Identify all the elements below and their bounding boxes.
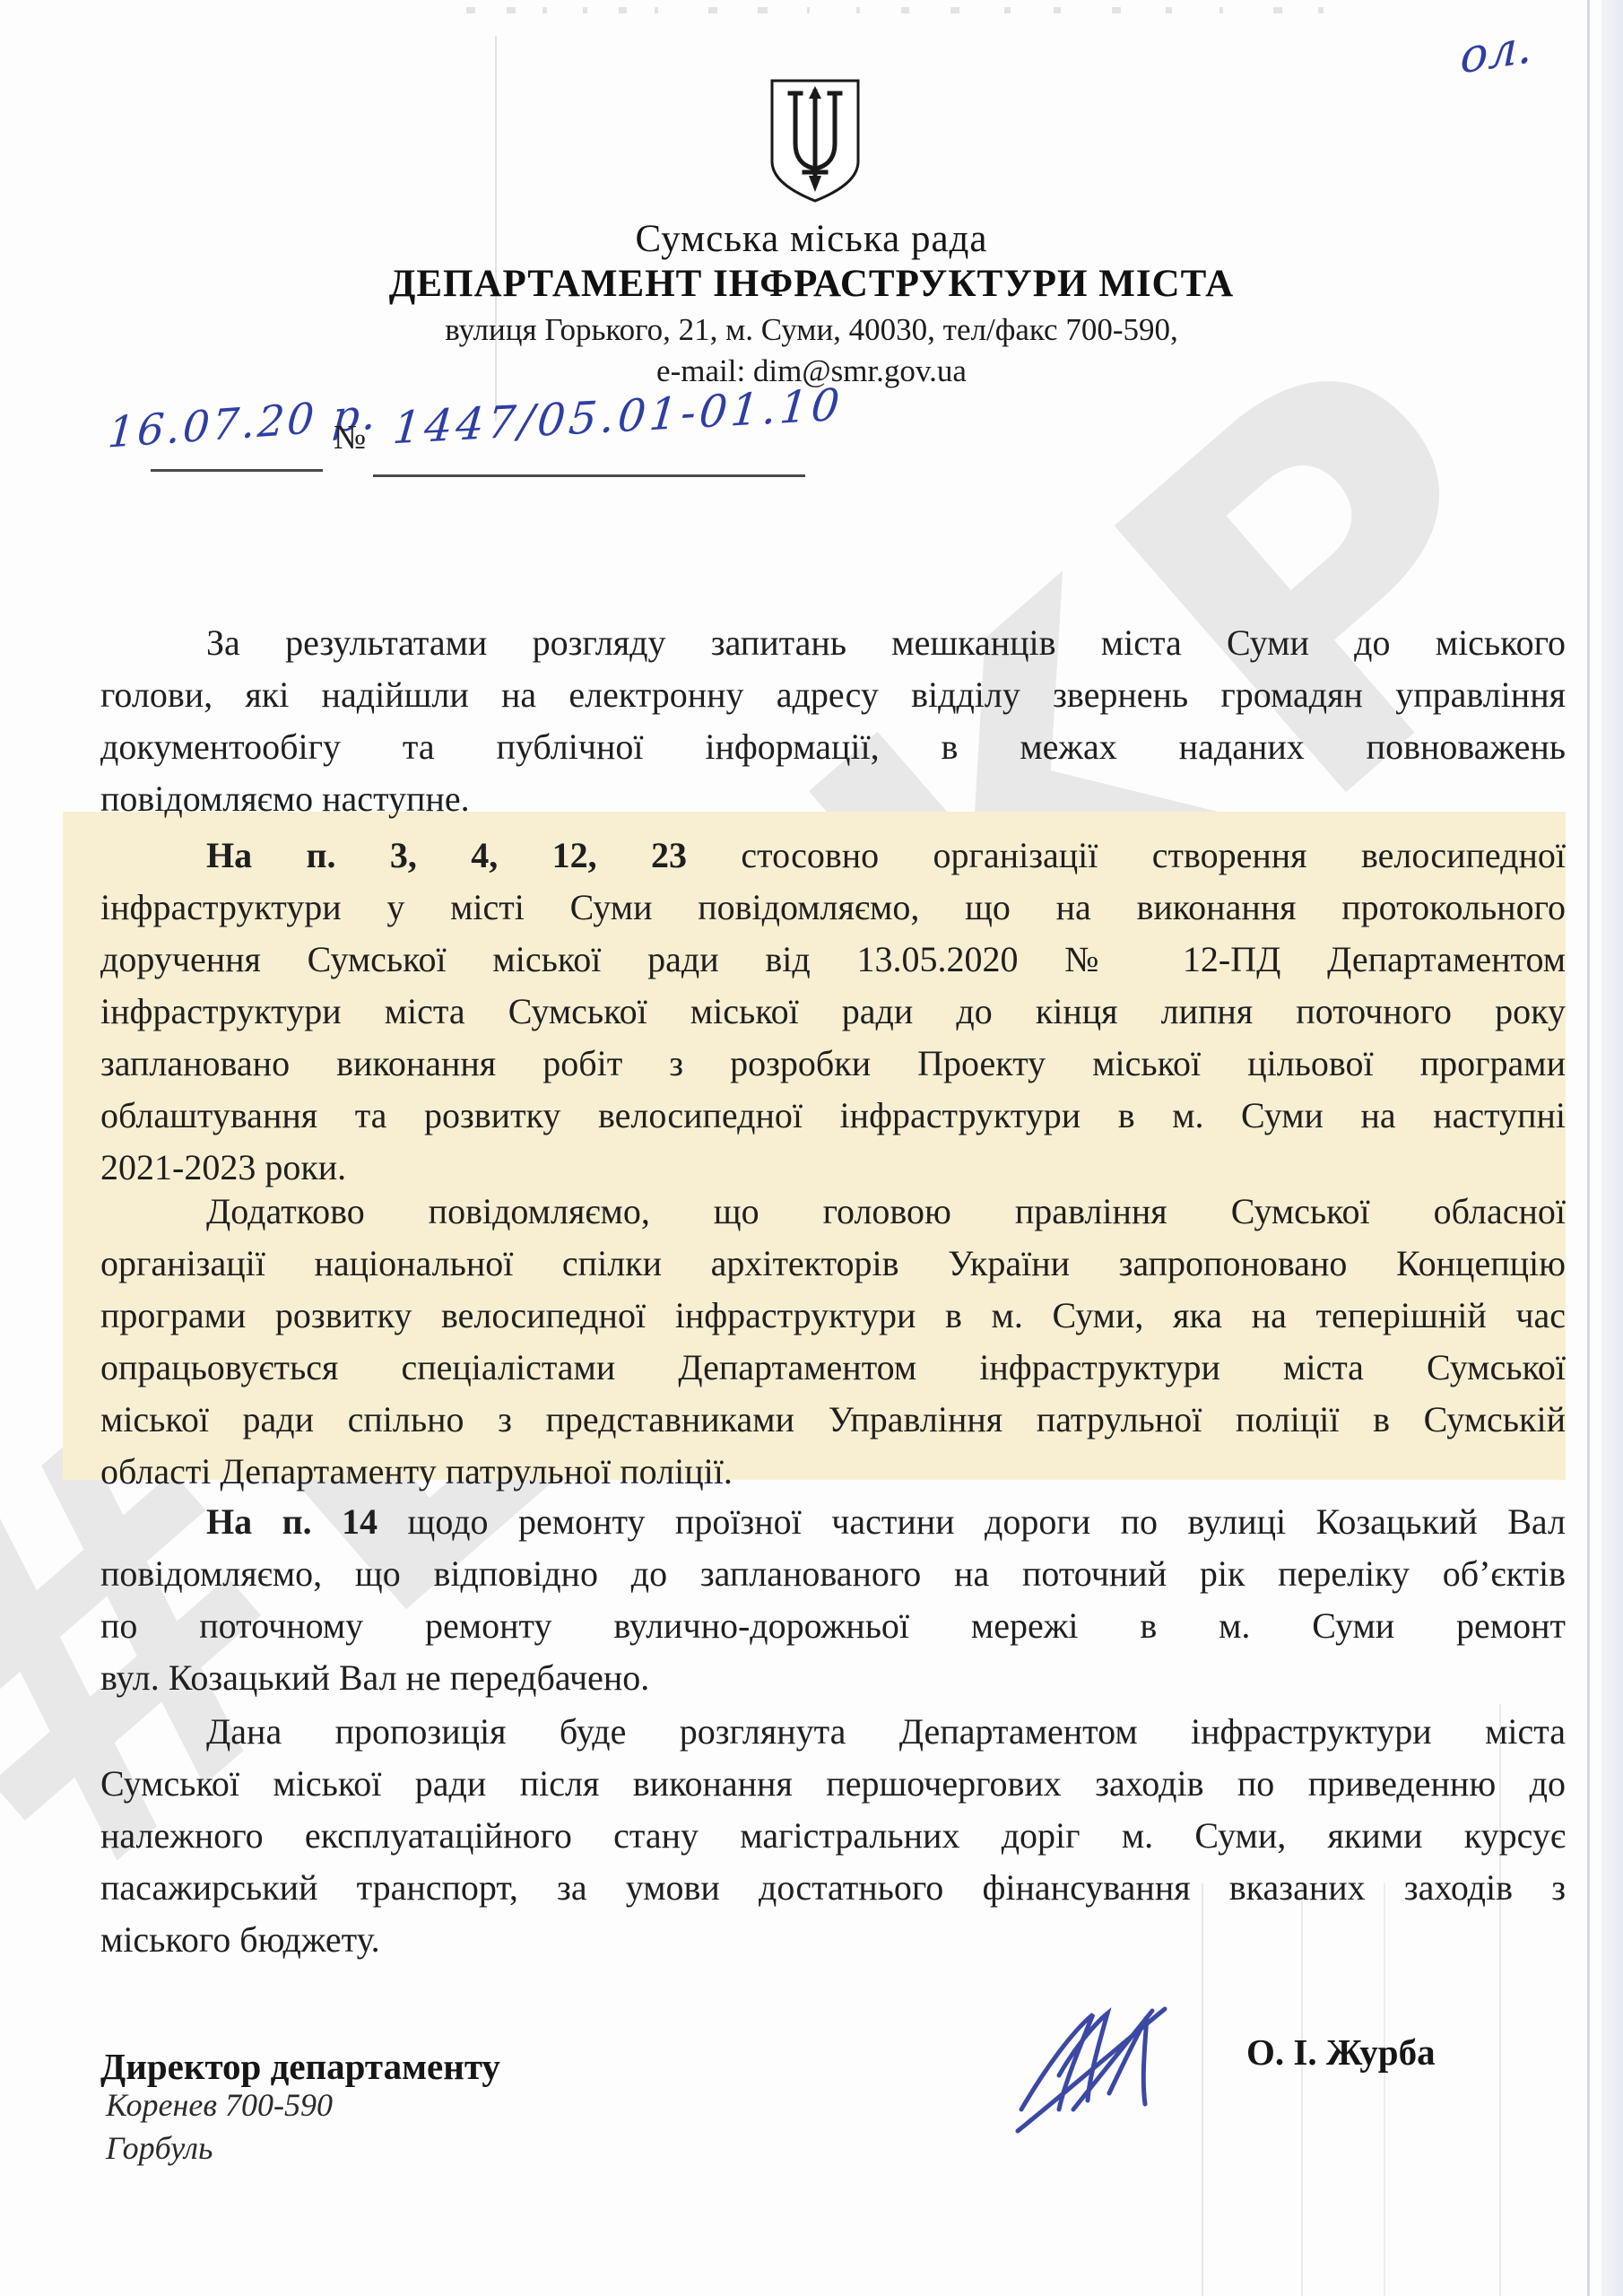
paragraph-line: На п. 3, 4, 12, 23 стосовно організації … xyxy=(100,830,1566,882)
paragraph-line: інфраструктури міста Сумської міської ра… xyxy=(100,986,1566,1038)
handwritten-number: 1447/05.01-01.10 xyxy=(391,379,846,455)
paragraph-line: доручення Сумської міської ради від 13.0… xyxy=(100,934,1566,986)
paragraph-line: За результатами розгляду запитань мешкан… xyxy=(100,617,1566,669)
paragraph: За результатами розгляду запитань мешкан… xyxy=(100,617,1566,825)
executor-line-2: Горбуль xyxy=(106,2129,213,2167)
department-name: ДЕПАРТАМЕНТ ІНФРАСТРУКТУРИ МІСТА xyxy=(4,262,1619,306)
handwritten-corner-note: ол. xyxy=(1460,19,1532,85)
paragraph-line: області Департаменту патрульної поліції. xyxy=(100,1446,1566,1498)
date-underline xyxy=(151,469,323,472)
handwritten-signature xyxy=(1009,2002,1206,2141)
paragraph-line: програми розвитку велосипедної інфрастру… xyxy=(100,1290,1566,1342)
paragraph-line: документообігу та публічної інформації, … xyxy=(100,721,1566,773)
ukraine-trident-emblem-icon xyxy=(765,75,865,206)
paragraph-line: Дана пропозиція буде розглянута Департам… xyxy=(100,1706,1566,1758)
org-address: вулиця Горького, 21, м. Суми, 40030, тел… xyxy=(4,312,1619,348)
paragraph-line: На п. 14 щодо ремонту проїзної частини д… xyxy=(100,1496,1566,1548)
paragraph-line: Сумської міської ради після виконання пе… xyxy=(100,1758,1566,1810)
paragraph: На п. 14 щодо ремонту проїзної частини д… xyxy=(100,1496,1566,1704)
paragraph: Дана пропозиція буде розглянута Департам… xyxy=(100,1706,1566,1966)
paragraph: На п. 3, 4, 12, 23 стосовно організації … xyxy=(100,830,1566,1194)
paragraph-line: голови, які надійшли на електронну адрес… xyxy=(100,669,1566,721)
paragraph-line: заплановано виконання робіт з розробки П… xyxy=(100,1038,1566,1090)
paragraph-line: пасажирський транспорт, за умови достатн… xyxy=(100,1862,1566,1914)
executor-line-1: Коренев 700-590 xyxy=(106,2086,333,2124)
paragraph-line: повідомляємо наступне. xyxy=(100,773,1566,825)
paragraph-line: облаштування та розвитку велосипедної ін… xyxy=(100,1090,1566,1142)
paragraph-line: опрацьовується спеціалістами Департамент… xyxy=(100,1342,1566,1394)
paragraph-line: міського бюджету. xyxy=(100,1914,1566,1966)
paragraph-line: організації національної спілки архітект… xyxy=(100,1238,1566,1290)
paragraph-line: повідомляємо, що відповідно до запланова… xyxy=(100,1548,1566,1600)
org-name: Сумська міська рада xyxy=(4,217,1619,261)
paragraph-line: належного експлуатаційного стану магістр… xyxy=(100,1810,1566,1862)
scanned-letter-page: #ЦУКР ол. Сумська міська рада ДЕПАРТАМЕН… xyxy=(0,0,1623,2296)
paragraph: Додатково повідомляємо, що головою правл… xyxy=(100,1186,1566,1498)
signer-name: О. І. Журба xyxy=(1246,2031,1436,2074)
paragraph-line: інфраструктури у місті Суми повідомляємо… xyxy=(100,882,1566,934)
scan-edge-smudges xyxy=(0,4,1623,18)
paragraph-line: вул. Козацький Вал не передбачено. xyxy=(100,1652,1566,1704)
paragraph-line: міської ради спільно з представниками Уп… xyxy=(100,1394,1566,1446)
paragraph-line: по поточному ремонту вулично-дорожньої м… xyxy=(100,1600,1566,1652)
number-underline xyxy=(373,474,805,477)
paragraph-line: Додатково повідомляємо, що головою правл… xyxy=(100,1186,1566,1238)
number-sign: № xyxy=(334,418,366,457)
signer-title: Директор департаменту xyxy=(100,2045,500,2088)
